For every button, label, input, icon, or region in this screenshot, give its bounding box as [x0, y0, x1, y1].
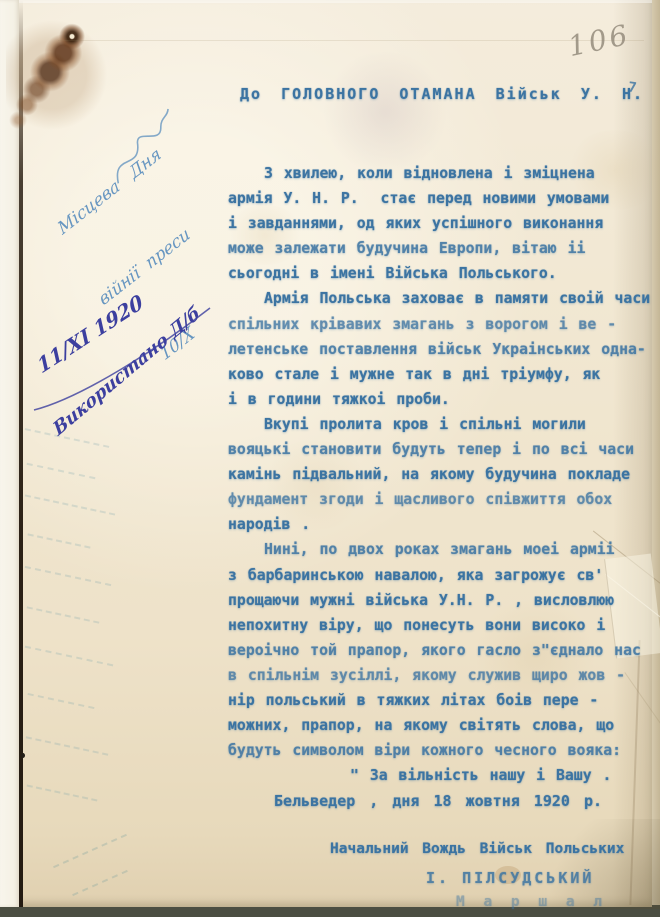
typed-line: Армія Польська заховає в памяти своій ча…	[228, 286, 658, 311]
signature-rank: М а р ш а л	[456, 894, 607, 910]
document-title: До ГОЛОВНОГО ОТАМАНА Військ У. Н. Р.	[240, 85, 660, 103]
typed-line: можних, прапор, на якому світять слова, …	[228, 713, 658, 738]
typed-line: спільних крівавих змагань з ворогом і ве…	[228, 312, 658, 337]
typed-line: з барбаринською навалою, яка загрожує св…	[228, 563, 658, 588]
typed-line: летенське поставлення військ Украінських…	[228, 337, 658, 362]
typed-line: вояцькі становити будуть тепер і по всі …	[228, 437, 658, 462]
typed-line: ково стале і мужне так в дні тріумфу, як	[228, 362, 658, 387]
typed-line: камінь підвальний, на якому будучина пок…	[228, 462, 658, 487]
typed-body: З хвилею, коли відновлена і зміцненаармі…	[228, 161, 658, 788]
typed-line: непохитну віру, що понесуть вони високо …	[228, 613, 658, 638]
binding-fold-line	[19, 0, 23, 907]
typed-line: Вкупі пролита кров і спільні могили	[228, 412, 658, 437]
typed-line: і завданнями, од яких успішного виконанн…	[228, 211, 658, 236]
typed-line: Нині, по двох роках змагань моеі арміі	[228, 537, 658, 562]
typed-line: нір польський в тяжких літах боів пере -	[228, 688, 658, 713]
ink-smudge	[320, 52, 450, 172]
typed-line: " За вільність нашу і Вашу .	[228, 763, 658, 788]
typed-line: і в години тяжкоі проби.	[228, 387, 658, 412]
typed-line: може залежати будучина Европи, вітаю іі	[228, 236, 658, 261]
typed-line: в спільнім зусіллі, якому служив щиро жо…	[228, 663, 658, 688]
typed-line: прощаючи мужні війська У.Н. Р. , висловл…	[228, 588, 658, 613]
paper-left-margin-strip	[0, 0, 19, 907]
fold-crease	[58, 40, 644, 41]
dateline: Бельведер , дня 18 жовтня 1920 р.	[274, 792, 602, 810]
signature-name: І. ПІЛСУДСЬКИЙ	[426, 869, 594, 887]
typed-line: народів .	[228, 512, 658, 537]
typed-line: фундамент згоди і щасливого співжиття об…	[228, 487, 658, 512]
typed-line: З хвилею, коли відновлена і зміцнена	[228, 161, 658, 186]
typed-line: будуть символом віри кожного чесного воя…	[228, 738, 658, 763]
paper-top-edge	[0, 0, 652, 3]
typed-line: армія У. Н. Р. стає перед новими умовами	[228, 186, 658, 211]
typed-line: сьогодні в імені Війська Польського.	[228, 261, 658, 286]
ink-dot	[21, 753, 25, 758]
signature-role: Начальний Вождь Військ Польських	[330, 841, 624, 857]
typed-line: вероічно той прапор, якого гасло з"єднал…	[228, 638, 658, 663]
